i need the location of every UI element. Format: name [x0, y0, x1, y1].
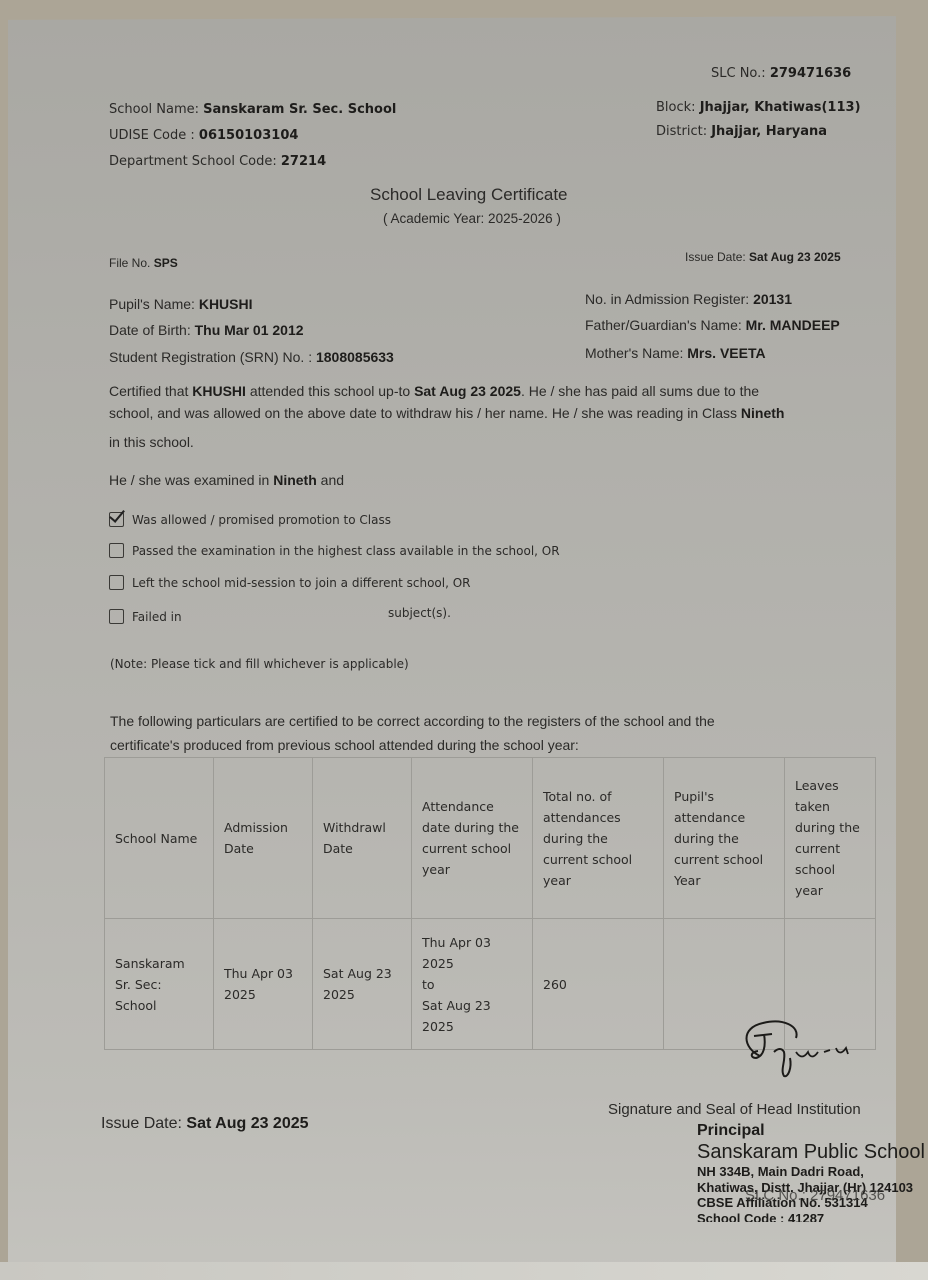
- block-label: Block:: [656, 100, 696, 115]
- district-value: Jhajjar, Haryana: [711, 124, 827, 139]
- cell-admission-date: Thu Apr 03 2025: [214, 919, 313, 1050]
- issue-date-value: Sat Aug 23 2025: [186, 1115, 308, 1132]
- issue-date-bottom-line: Issue Date: Sat Aug 23 2025: [101, 1115, 309, 1133]
- issue-date-value: Sat Aug 23 2025: [749, 250, 841, 264]
- principal-seal: Principal Sanskaram Public School NH 334…: [697, 1121, 925, 1222]
- option-left-mid-session[interactable]: Left the school mid-session to join a di…: [109, 575, 471, 590]
- header-total-attendances: Total no. of attendances during the curr…: [533, 758, 664, 919]
- certification-line-1: Certified that KHUSHI attended this scho…: [109, 383, 759, 399]
- cert-text: . He / she has paid all sums due to the: [521, 383, 759, 399]
- attendance-from: Thu Apr 03 2025: [422, 932, 522, 974]
- slc-label: SLC No.:: [711, 66, 766, 81]
- certification-line-2: school, and was allowed on the above dat…: [109, 405, 784, 421]
- seal-school-code: School Code : 41287: [697, 1211, 925, 1222]
- cert-text: Certified that: [109, 383, 188, 399]
- father-name-label: Father/Guardian's Name:: [585, 317, 742, 333]
- header-leaves-taken: Leaves taken during the current school y…: [785, 758, 876, 919]
- option-label: Left the school mid-session to join a di…: [132, 576, 471, 590]
- srn-value: 1808085633: [316, 349, 394, 365]
- particulars-intro-1: The following particulars are certified …: [110, 713, 715, 729]
- background-surface: [0, 1262, 928, 1280]
- certificate-paper: [8, 16, 896, 1280]
- cell-attendance-dates: Thu Apr 03 2025 to Sat Aug 23 2025: [412, 919, 533, 1050]
- mother-name-value: Mrs. VEETA: [687, 345, 765, 361]
- option-failed[interactable]: Failed in: [109, 609, 182, 624]
- cert-text: attended this school up-to: [250, 383, 410, 399]
- option-passed-highest[interactable]: Passed the examination in the highest cl…: [109, 543, 560, 558]
- seal-address-1: NH 334B, Main Dadri Road,: [697, 1164, 925, 1180]
- udise-line: UDISE Code : 06150103104: [109, 128, 298, 143]
- issue-date-label: Issue Date:: [101, 1115, 182, 1132]
- checkbox-empty-icon[interactable]: [109, 543, 124, 558]
- issue-date-label: Issue Date:: [685, 250, 746, 264]
- issue-date-top-line: Issue Date: Sat Aug 23 2025: [685, 250, 841, 264]
- exam-text: and: [321, 472, 344, 488]
- exam-class: Nineth: [273, 472, 317, 488]
- block-value: Jhajjar, Khatiwas(113): [700, 100, 861, 115]
- cert-class: Nineth: [741, 405, 785, 421]
- checkbox-empty-icon[interactable]: [109, 609, 124, 624]
- udise-label: UDISE Code :: [109, 128, 195, 143]
- academic-year: ( Academic Year: 2025-2026 ): [383, 211, 561, 226]
- cell-total-attendances: 260: [533, 919, 664, 1050]
- pupil-name-value: KHUSHI: [199, 296, 253, 312]
- school-name-line: School Name: Sanskaram Sr. Sec. School: [109, 102, 396, 117]
- attendance-to: Sat Aug 23 2025: [422, 995, 522, 1037]
- table-header-row: School Name Admission Date Withdrawl Dat…: [105, 758, 876, 919]
- option-label: Passed the examination in the highest cl…: [132, 544, 560, 558]
- option-label: Was allowed / promised promotion to Clas…: [132, 513, 391, 527]
- header-pupil-attendance: Pupil's attendance during the current sc…: [664, 758, 785, 919]
- school-name-value: Sanskaram Sr. Sec. School: [203, 102, 396, 117]
- srn-line: Student Registration (SRN) No. : 1808085…: [109, 349, 394, 365]
- mother-name-label: Mother's Name:: [585, 345, 683, 361]
- file-number-line: File No. SPS: [109, 256, 178, 270]
- checkbox-empty-icon[interactable]: [109, 575, 124, 590]
- option-promoted[interactable]: Was allowed / promised promotion to Clas…: [109, 512, 391, 527]
- certification-line-3: in this school.: [109, 434, 194, 450]
- seal-school-name: Sanskaram Public School: [697, 1140, 925, 1164]
- mother-name-line: Mother's Name: Mrs. VEETA: [585, 345, 766, 361]
- cell-school-name: Sanskaram Sr. Sec: School: [105, 919, 214, 1050]
- district-line: District: Jhajjar, Haryana: [656, 124, 827, 139]
- header-admission-date: Admission Date: [214, 758, 313, 919]
- father-name-value: Mr. MANDEEP: [746, 317, 840, 333]
- admission-register-line: No. in Admission Register: 20131: [585, 291, 792, 307]
- dept-code-value: 27214: [281, 154, 326, 169]
- srn-label: Student Registration (SRN) No. :: [109, 349, 312, 365]
- cell-withdrawl-date: Sat Aug 23 2025: [313, 919, 412, 1050]
- header-school-name: School Name: [105, 758, 214, 919]
- slc-number-line: SLC No.: 279471636: [711, 66, 851, 81]
- father-name-line: Father/Guardian's Name: Mr. MANDEEP: [585, 317, 840, 333]
- district-label: District:: [656, 124, 707, 139]
- attendance-to-word: to: [422, 974, 522, 995]
- header-attendance-dates: Attendance date during the current schoo…: [412, 758, 533, 919]
- checkbox-checked-icon[interactable]: [109, 512, 124, 527]
- cert-leaving-date: Sat Aug 23 2025: [414, 383, 521, 399]
- dob-value: Thu Mar 01 2012: [195, 322, 304, 338]
- udise-value: 06150103104: [199, 128, 299, 143]
- pupil-name-line: Pupil's Name: KHUSHI: [109, 296, 253, 312]
- dob-label: Date of Birth:: [109, 322, 191, 338]
- option-label: Failed in: [132, 610, 182, 624]
- file-label: File No.: [109, 256, 150, 270]
- particulars-table: School Name Admission Date Withdrawl Dat…: [104, 757, 876, 1050]
- admission-register-label: No. in Admission Register:: [585, 291, 749, 307]
- signature-label: Signature and Seal of Head Institution: [608, 1101, 861, 1118]
- file-value: SPS: [154, 256, 178, 270]
- exam-text: He / she was examined in: [109, 472, 269, 488]
- header-withdrawl-date: Withdrawl Date: [313, 758, 412, 919]
- seal-overprint-slc: SLC No.: 279471636: [745, 1187, 885, 1204]
- failed-subjects-suffix: subject(s).: [388, 606, 451, 620]
- cert-text: school, and was allowed on the above dat…: [109, 405, 737, 421]
- instruction-note: (Note: Please tick and fill whichever is…: [110, 657, 409, 671]
- dob-line: Date of Birth: Thu Mar 01 2012: [109, 322, 304, 338]
- seal-designation: Principal: [697, 1121, 925, 1140]
- certificate-title: School Leaving Certificate: [370, 185, 568, 205]
- dept-code-line: Department School Code: 27214: [109, 154, 326, 169]
- dept-code-label: Department School Code:: [109, 154, 277, 169]
- block-line: Block: Jhajjar, Khatiwas(113): [656, 100, 861, 115]
- school-name-label: School Name:: [109, 102, 199, 117]
- slc-value: 279471636: [770, 66, 851, 81]
- admission-register-value: 20131: [753, 291, 792, 307]
- examined-line: He / she was examined in Nineth and: [109, 472, 344, 488]
- cert-pupil-name: KHUSHI: [192, 383, 246, 399]
- pupil-name-label: Pupil's Name:: [109, 296, 195, 312]
- principal-signature-icon: [738, 1018, 868, 1088]
- particulars-intro-2: certificate's produced from previous sch…: [110, 737, 579, 753]
